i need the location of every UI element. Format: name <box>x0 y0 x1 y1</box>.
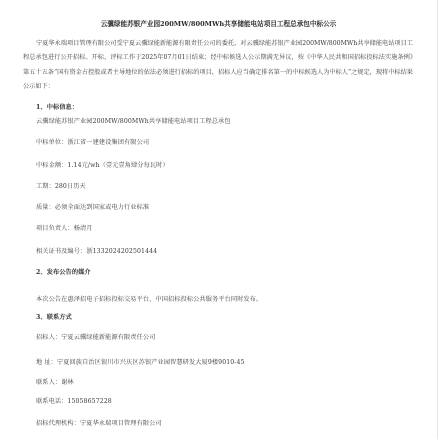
contact-person: 联系人：谢林 <box>36 379 74 387</box>
section-heading-award-info: 1、中标信息： <box>36 104 78 112</box>
winning-bidder: 中标单位：浙江省一建建设集团有限公司 <box>36 139 149 147</box>
page-right-border <box>437 0 438 439</box>
construction-period: 工期：280日历天 <box>36 183 86 191</box>
publication-media: 本次公告在惠泽招电子招标投标交易平台、中国招标投标公共服务平台同时发布。 <box>36 296 262 304</box>
quality-requirement: 质量：必须全面达到国家或电力行业标准 <box>36 204 149 212</box>
document-page: 云骥绿能苏银产业园200MW/800MWh共享储能电站项目工程总承包中标公示 宁… <box>0 0 437 439</box>
certificate-number: 相关证书及编号：浙1332024202501444 <box>36 248 157 256</box>
project-name: 云骥绿能苏银产业园200MW/800MWh共享储能电站项目工程总承包 <box>36 118 231 126</box>
tenderer: 招标人：宁夏云骥绿能新能源有限责任公司 <box>36 334 155 342</box>
tender-agency: 招标代理机构：宁夏华永瑞项目管理有限公司 <box>36 420 162 428</box>
intro-paragraph: 宁夏华永瑞项目管理有限公司受宁夏云骥绿能新能源有限责任公司的委托，对云骥绿能苏银… <box>23 37 413 94</box>
address: 地 址：宁夏回族自治区银川市兴庆区苏银产业园智慧研发大厦9楼9010-45 <box>36 359 245 367</box>
section-heading-contact: 3、联系方式 <box>36 314 72 322</box>
section-heading-media: 2、发布公告的媒介 <box>36 269 91 277</box>
project-manager: 项目负责人：杨清月 <box>36 225 93 233</box>
bid-amount: 中标金额：1.14元/wh（壹元壹角肆分每瓦时） <box>36 162 169 170</box>
page-title: 云骥绿能苏银产业园200MW/800MWh共享储能电站项目工程总承包中标公示 <box>0 20 437 29</box>
contact-phone: 联系电话：15058657228 <box>36 398 112 406</box>
